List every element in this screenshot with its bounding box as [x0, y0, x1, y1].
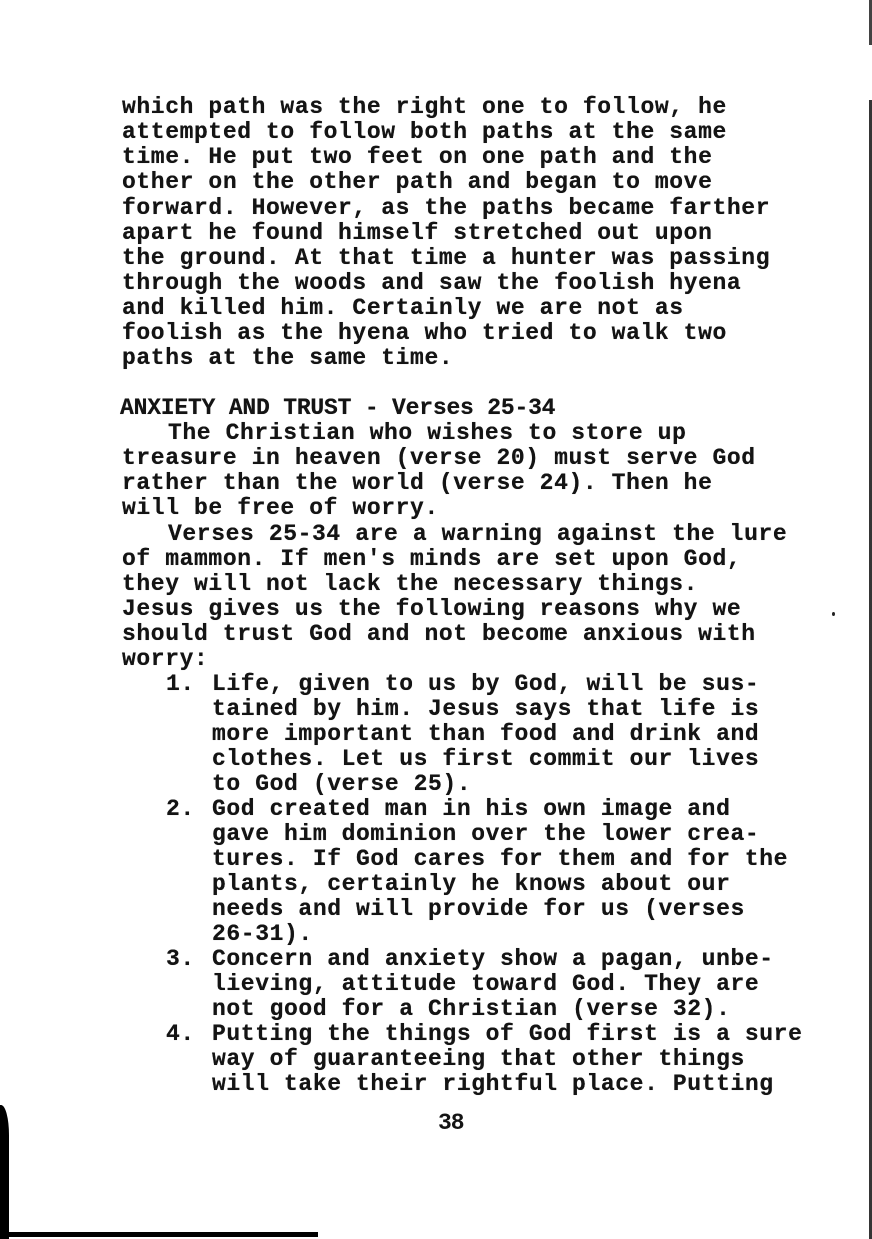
- scan-edge-left: [0, 1105, 9, 1239]
- text-line: foolish as the hyena who tried to walk t…: [122, 321, 727, 346]
- text-line: God created man in his own image and: [212, 797, 730, 822]
- text-line: they will not lack the necessary things.: [122, 572, 698, 597]
- scan-speck: [832, 612, 835, 616]
- text-line: apart he found himself stretched out upo…: [122, 221, 713, 246]
- text-line: attempted to follow both paths at the sa…: [122, 120, 727, 145]
- text-line: more important than food and drink and: [212, 722, 759, 747]
- text-line: time. He put two feet on one path and th…: [122, 145, 713, 170]
- text-line: 26-31).: [212, 922, 313, 947]
- text-line: Putting the things of God first is a sur…: [212, 1022, 803, 1047]
- text-line: forward. However, as the paths became fa…: [122, 196, 770, 221]
- text-line: will be free of worry.: [122, 496, 439, 521]
- text-line: the ground. At that time a hunter was pa…: [122, 246, 770, 271]
- text-line: will take their rightful place. Putting: [212, 1072, 774, 1097]
- text-line: Verses 25-34 are a warning against the l…: [168, 522, 787, 547]
- text-line: tures. If God cares for them and for the: [212, 847, 788, 872]
- text-line: and killed him. Certainly we are not as: [122, 296, 684, 321]
- scan-edge-bottom: [0, 1232, 318, 1237]
- text-line: paths at the same time.: [122, 346, 453, 371]
- list-number: 2.: [166, 797, 195, 822]
- text-line: of mammon. If men's minds are set upon G…: [122, 547, 741, 572]
- text-line: Life, given to us by God, will be sus-: [212, 672, 759, 697]
- text-line: not good for a Christian (verse 32).: [212, 997, 730, 1022]
- text-line: way of guaranteeing that other things: [212, 1047, 745, 1072]
- text-line: gave him dominion over the lower crea-: [212, 822, 759, 847]
- document-page: which path was the right one to follow, …: [0, 0, 872, 1239]
- text-line: Concern and anxiety show a pagan, unbe-: [212, 947, 774, 972]
- text-line: tained by him. Jesus says that life is: [212, 697, 759, 722]
- list-number: 4.: [166, 1022, 195, 1047]
- text-line: rather than the world (verse 24). Then h…: [122, 471, 713, 496]
- page-number: 38: [438, 1110, 464, 1136]
- list-number: 1.: [166, 672, 195, 697]
- text-line: should trust God and not become anxious …: [122, 622, 756, 647]
- text-line: lieving, attitude toward God. They are: [212, 972, 759, 997]
- section-heading: ANXIETY AND TRUST - Verses 25-34: [120, 396, 555, 421]
- text-line: to God (verse 25).: [212, 772, 471, 797]
- text-line: plants, certainly he knows about our: [212, 872, 730, 897]
- text-line: clothes. Let us first commit our lives: [212, 747, 759, 772]
- text-line: treasure in heaven (verse 20) must serve…: [122, 446, 756, 471]
- list-number: 3.: [166, 947, 195, 972]
- text-line: The Christian who wishes to store up: [168, 421, 686, 446]
- text-line: other on the other path and began to mov…: [122, 170, 713, 195]
- text-line: needs and will provide for us (verses: [212, 897, 745, 922]
- text-line: Jesus gives us the following reasons why…: [122, 597, 741, 622]
- text-line: through the woods and saw the foolish hy…: [122, 271, 741, 296]
- text-line: worry:: [122, 647, 208, 672]
- text-line: which path was the right one to follow, …: [122, 95, 727, 120]
